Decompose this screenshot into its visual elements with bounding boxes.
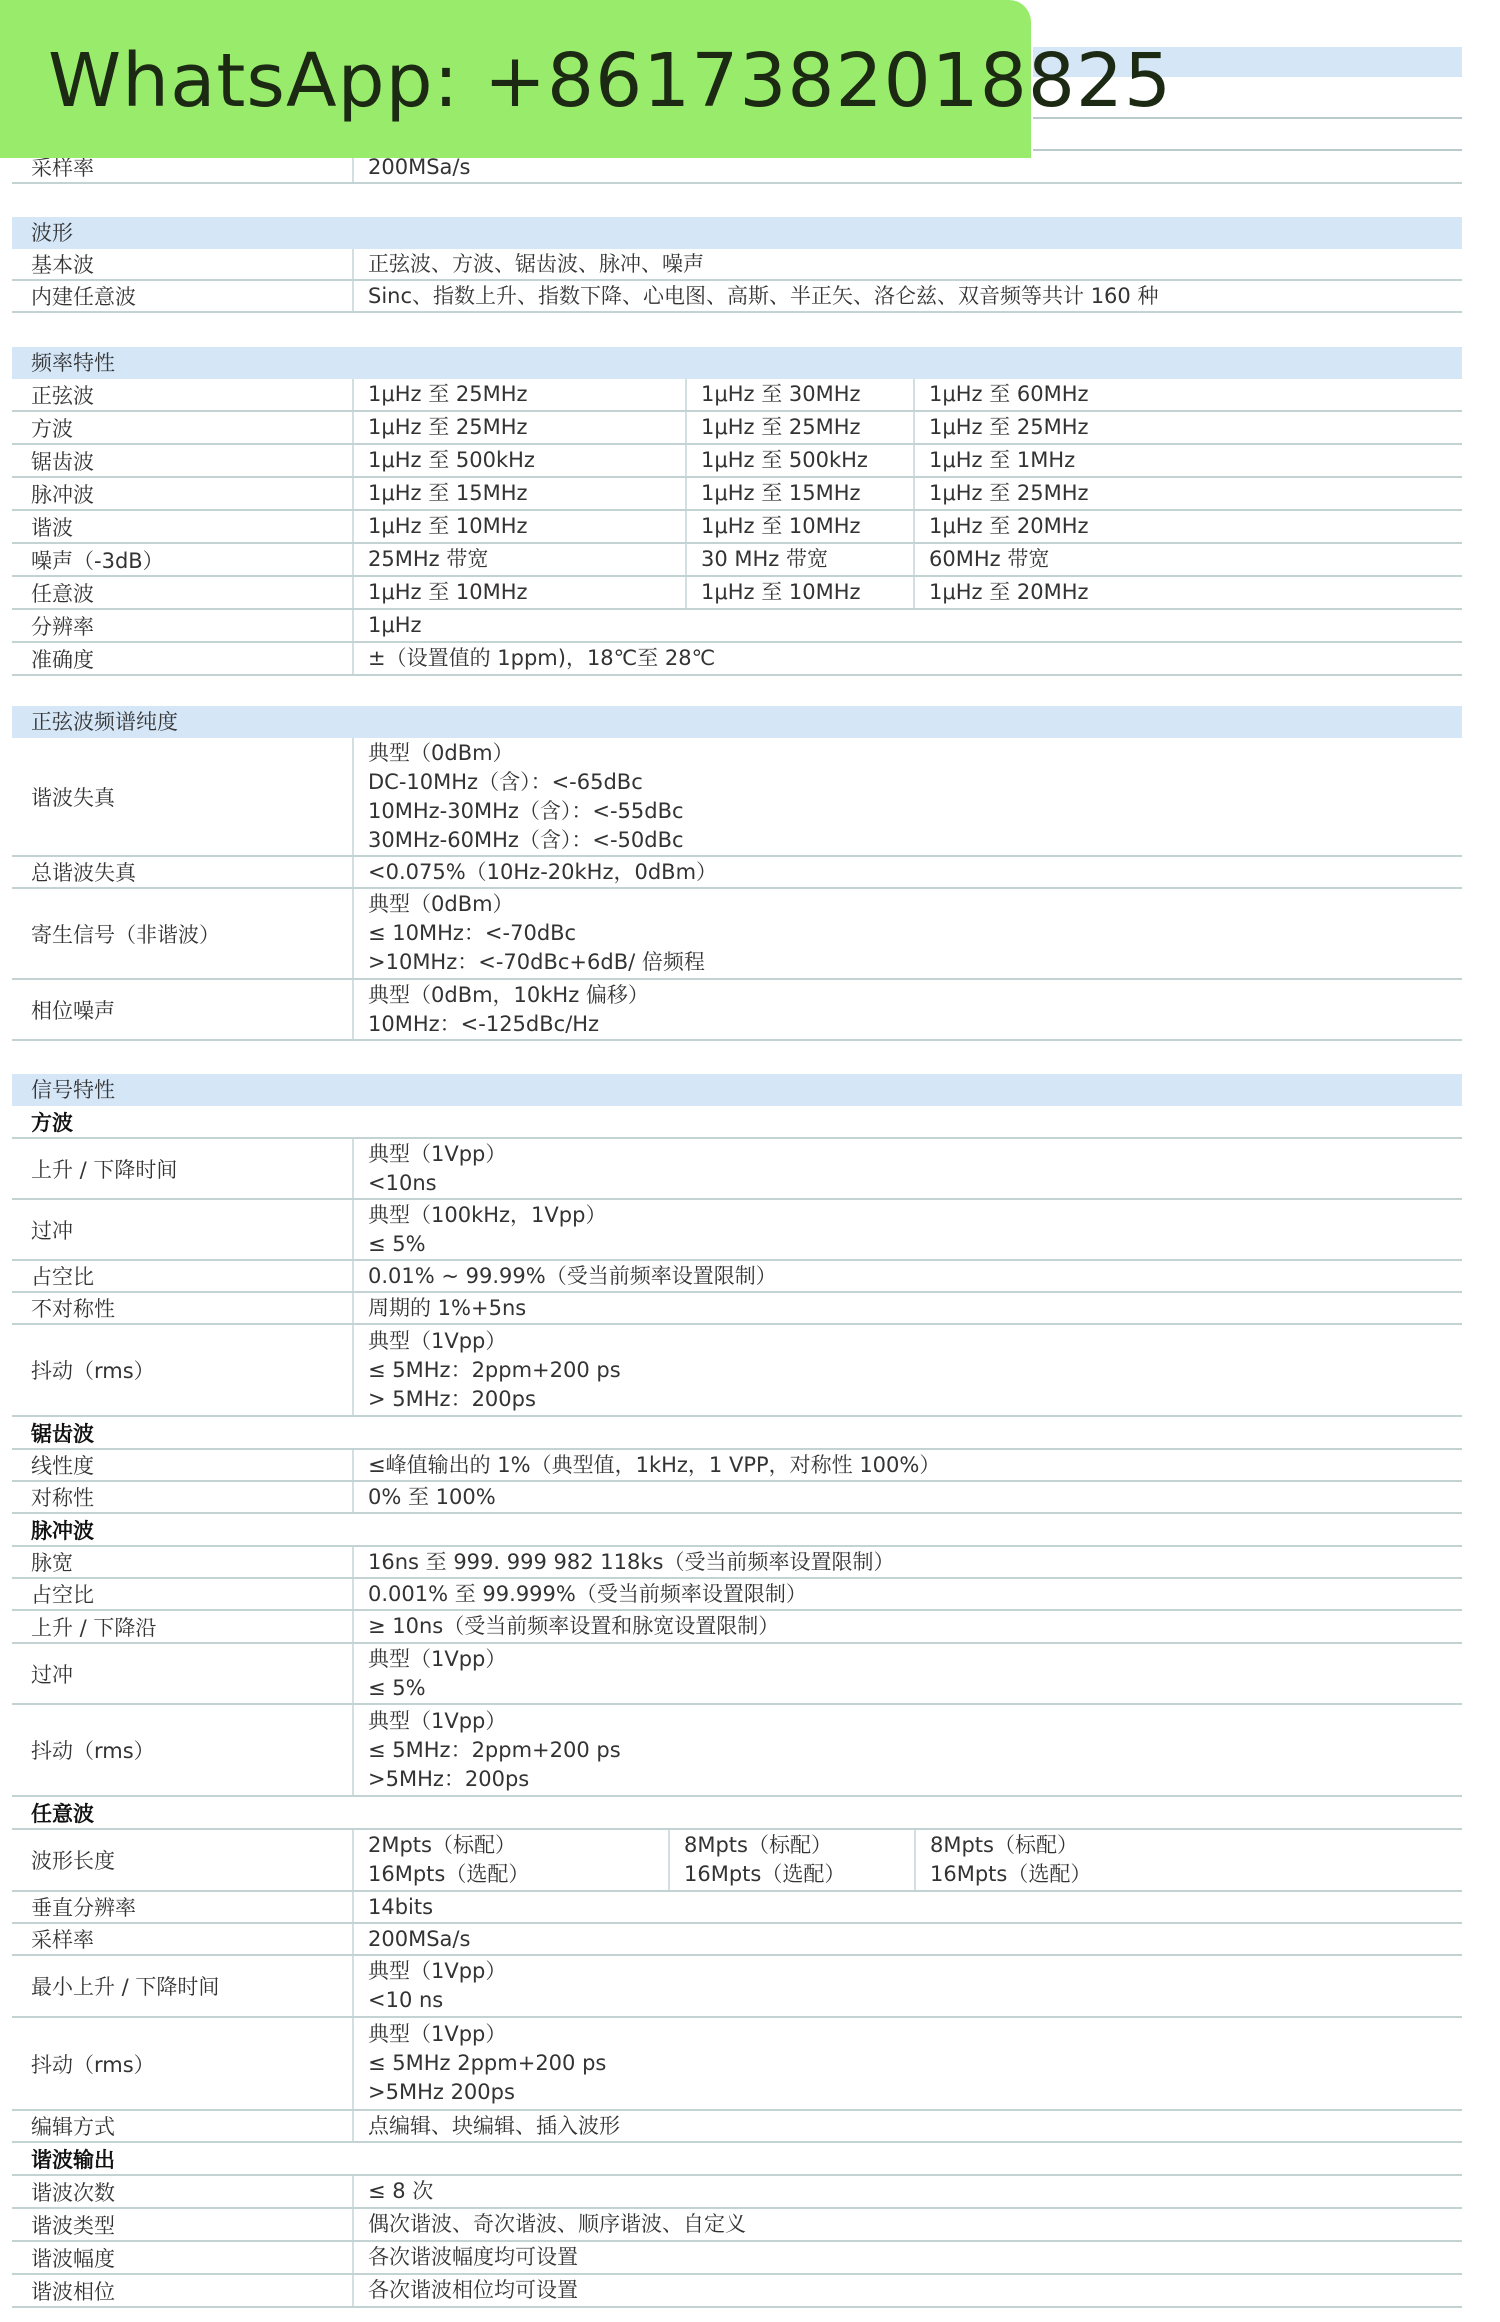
table-row: 寄生信号（非谐波） 典型（0dBm） ≤ 10MHz：<-70dBc >10MH…	[12, 889, 1462, 980]
value-line: 10MHz-30MHz（含）：<-55dBc	[368, 797, 1462, 826]
subsection-arbitrary: 任意波	[12, 1797, 1462, 1830]
value-line: <0.075%（10Hz-20kHz，0dBm）	[368, 858, 1462, 887]
table-row: 抖动（rms） 典型（1Vpp） ≤ 5MHz：2ppm+200 ps >5MH…	[12, 1705, 1462, 1797]
subsection-square: 方波	[12, 1106, 1462, 1139]
value-line: ≤ 10MHz：<-70dBc	[368, 919, 1462, 948]
value-line: <10ns	[368, 1169, 1462, 1198]
row-value: ±（设置值的 1ppm)，18℃至 28℃	[352, 643, 1462, 674]
value-line: 周期的 1%+5ns	[368, 1294, 1462, 1323]
table-row: 脉宽 16ns 至 999. 999 982 118ks（受当前频率设置限制）	[12, 1547, 1462, 1579]
value-line: 8Mpts（标配）	[930, 1831, 1462, 1860]
contact-overlay-banner: WhatsApp: +8617382018825	[0, 0, 1031, 158]
table-row: 垂直分辨率 14bits	[12, 1892, 1462, 1924]
table-row: 最小上升 / 下降时间 典型（1Vpp） <10 ns	[12, 1956, 1462, 2018]
section-signal: 信号特性 方波 上升 / 下降时间 典型（1Vpp） <10ns 过冲 典型（1…	[12, 1074, 1462, 2308]
model-2-value: 1μHz 至 30MHz	[685, 379, 913, 410]
row-label: 抖动（rms）	[12, 1705, 352, 1795]
value-line: 16Mpts（选配）	[930, 1860, 1462, 1889]
model-1-value: 25MHz 带宽	[354, 544, 685, 575]
value-line: 各次谐波幅度均可设置	[368, 2243, 1462, 2272]
table-row: 脉冲波 1μHz 至 15MHz 1μHz 至 15MHz 1μHz 至 25M…	[12, 478, 1462, 511]
row-label: 线性度	[12, 1450, 352, 1480]
value-line: 典型（0dBm，10kHz 偏移）	[368, 981, 1462, 1010]
value-line: 典型（1Vpp）	[368, 1957, 1462, 1986]
row-label: 对称性	[12, 1482, 352, 1512]
row-label: 任意波	[12, 577, 352, 608]
row-label: 谐波	[12, 511, 352, 542]
row-label: 谐波次数	[12, 2176, 352, 2207]
row-label: 准确度	[12, 643, 352, 674]
model-2-value: 1μHz 至 10MHz	[685, 511, 913, 542]
subsection-title: 谐波输出	[12, 2143, 115, 2174]
value-line: 典型（1Vpp）	[368, 1327, 1462, 1356]
table-row: 波形长度 2Mpts（标配） 16Mpts（选配） 8Mpts（标配） 16Mp…	[12, 1830, 1462, 1892]
row-label: 基本波	[12, 249, 352, 279]
value-line: 16ns 至 999. 999 982 118ks（受当前频率设置限制）	[368, 1548, 1462, 1577]
model-3-value: 1μHz 至 60MHz	[913, 379, 1462, 410]
model-1-value: 1μHz 至 25MHz	[354, 379, 685, 410]
table-row: 正弦波 1μHz 至 25MHz 1μHz 至 30MHz 1μHz 至 60M…	[12, 379, 1462, 412]
value-line: 0% 至 100%	[368, 1483, 1462, 1512]
contact-overlay-text: WhatsApp: +8617382018825	[48, 38, 1172, 124]
section-waveform: 波形 基本波 正弦波、方波、锯齿波、脉冲、噪声 内建任意波 Sinc、指数上升、…	[12, 217, 1462, 313]
value-line: ≤ 5%	[368, 1674, 1462, 1703]
value-line: >10MHz：<-70dBc+6dB/ 倍频程	[368, 948, 1462, 977]
row-label: 过冲	[12, 1200, 352, 1259]
value-line: 0.01% ~ 99.99%（受当前频率设置限制）	[368, 1262, 1462, 1291]
value-line: 典型（1Vpp）	[368, 1645, 1462, 1674]
section-title: 正弦波频谱纯度	[12, 706, 1462, 738]
subsection-ramp: 锯齿波	[12, 1417, 1462, 1450]
value-line: > 5MHz：200ps	[368, 1385, 1462, 1414]
table-row: 锯齿波 1μHz 至 500kHz 1μHz 至 500kHz 1μHz 至 1…	[12, 445, 1462, 478]
value-line: ≤ 5MHz 2ppm+200 ps	[368, 2049, 1462, 2078]
table-row: 谐波失真 典型（0dBm） DC-10MHz（含）：<-65dBc 10MHz-…	[12, 738, 1462, 857]
section-title: 信号特性	[12, 1074, 1462, 1106]
row-label: 上升 / 下降时间	[12, 1139, 352, 1198]
row-value: 正弦波、方波、锯齿波、脉冲、噪声	[352, 249, 1462, 279]
model-2-value: 8Mpts（标配） 16Mpts（选配）	[668, 1830, 914, 1890]
table-row: 相位噪声 典型（0dBm，10kHz 偏移） 10MHz：<-125dBc/Hz	[12, 980, 1462, 1041]
row-label: 抖动（rms）	[12, 2018, 352, 2109]
value-line: ≤ 5MHz：2ppm+200 ps	[368, 1356, 1462, 1385]
row-label: 方波	[12, 412, 352, 443]
subsection-title: 方波	[12, 1106, 73, 1137]
table-row: 过冲 典型（100kHz，1Vpp） ≤ 5%	[12, 1200, 1462, 1261]
row-label: 采样率	[12, 1924, 352, 1954]
value-line: 典型（1Vpp）	[368, 2020, 1462, 2049]
row-label: 最小上升 / 下降时间	[12, 1956, 352, 2016]
subsection-title: 锯齿波	[12, 1417, 94, 1448]
subsection-title: 任意波	[12, 1797, 94, 1828]
row-label: 编辑方式	[12, 2111, 352, 2141]
section-spectral-purity: 正弦波频谱纯度 谐波失真 典型（0dBm） DC-10MHz（含）：<-65dB…	[12, 706, 1462, 1041]
model-3-value: 8Mpts（标配） 16Mpts（选配）	[914, 1830, 1462, 1890]
value-line: ≤ 8 次	[368, 2177, 1462, 2206]
value-line: DC-10MHz（含）：<-65dBc	[368, 768, 1462, 797]
table-row: 基本波 正弦波、方波、锯齿波、脉冲、噪声	[12, 249, 1462, 281]
model-3-value: 1μHz 至 25MHz	[913, 412, 1462, 443]
row-label: 过冲	[12, 1644, 352, 1703]
model-1-value: 1μHz 至 25MHz	[354, 412, 685, 443]
value-line: 典型（0dBm）	[368, 739, 1462, 768]
row-label: 波形长度	[12, 1830, 352, 1890]
model-1-value: 2Mpts（标配） 16Mpts（选配）	[354, 1830, 668, 1890]
model-3-value: 1μHz 至 20MHz	[913, 577, 1462, 608]
value-line: 200MSa/s	[368, 1925, 1462, 1954]
value-line: 点编辑、块编辑、插入波形	[368, 2112, 1462, 2141]
row-label: 内建任意波	[12, 281, 352, 311]
value-line: 10MHz：<-125dBc/Hz	[368, 1010, 1462, 1039]
model-3-value: 1μHz 至 1MHz	[913, 445, 1462, 476]
value-line: >5MHz：200ps	[368, 1765, 1462, 1794]
value-line: <10 ns	[368, 1986, 1462, 2015]
value-line: 典型（0dBm）	[368, 890, 1462, 919]
table-row: 谐波幅度 各次谐波幅度均可设置	[12, 2242, 1462, 2275]
model-1-value: 1μHz 至 500kHz	[354, 445, 685, 476]
row-label: 噪声（-3dB）	[12, 544, 352, 575]
subsection-pulse: 脉冲波	[12, 1514, 1462, 1547]
model-1-value: 1μHz 至 10MHz	[354, 577, 685, 608]
row-label: 占空比	[12, 1261, 352, 1291]
table-row: 上升 / 下降时间 典型（1Vpp） <10ns	[12, 1139, 1462, 1200]
value-line: 各次谐波相位均可设置	[368, 2276, 1462, 2305]
model-2-value: 1μHz 至 15MHz	[685, 478, 913, 509]
row-label: 脉冲波	[12, 478, 352, 509]
value-line: 典型（1Vpp）	[368, 1707, 1462, 1736]
value-line: 典型（100kHz，1Vpp）	[368, 1201, 1462, 1230]
row-value: Sinc、指数上升、指数下降、心电图、高斯、半正矢、洛仑兹、双音频等共计 160…	[352, 281, 1462, 311]
value-line: 偶次谐波、奇次谐波、顺序谐波、自定义	[368, 2210, 1462, 2239]
table-row: 准确度 ±（设置值的 1ppm)，18℃至 28℃	[12, 643, 1462, 676]
row-label: 上升 / 下降沿	[12, 1611, 352, 1642]
row-label: 谐波相位	[12, 2275, 352, 2306]
table-row: 抖动（rms） 典型（1Vpp） ≤ 5MHz：2ppm+200 ps > 5M…	[12, 1325, 1462, 1417]
row-divider	[1033, 149, 1462, 151]
table-row: 上升 / 下降沿 ≥ 10ns（受当前频率设置和脉宽设置限制）	[12, 1611, 1462, 1644]
table-row: 占空比 0.001% 至 99.999%（受当前频率设置限制）	[12, 1579, 1462, 1611]
value-line: ≤ 5%	[368, 1230, 1462, 1259]
section-frequency: 频率特性 正弦波 1μHz 至 25MHz 1μHz 至 30MHz 1μHz …	[12, 347, 1462, 676]
row-label: 正弦波	[12, 379, 352, 410]
table-row: 谐波 1μHz 至 10MHz 1μHz 至 10MHz 1μHz 至 20MH…	[12, 511, 1462, 544]
table-row: 内建任意波 Sinc、指数上升、指数下降、心电图、高斯、半正矢、洛仑兹、双音频等…	[12, 281, 1462, 313]
row-label: 不对称性	[12, 1293, 352, 1323]
model-2-value: 1μHz 至 500kHz	[685, 445, 913, 476]
row-label: 总谐波失真	[12, 857, 352, 887]
table-row: 噪声（-3dB） 25MHz 带宽 30 MHz 带宽 60MHz 带宽	[12, 544, 1462, 577]
value-line: 30MHz-60MHz（含）：<-50dBc	[368, 826, 1462, 855]
row-label: 抖动（rms）	[12, 1325, 352, 1415]
table-row: 任意波 1μHz 至 10MHz 1μHz 至 10MHz 1μHz 至 20M…	[12, 577, 1462, 610]
table-row: 抖动（rms） 典型（1Vpp） ≤ 5MHz 2ppm+200 ps >5MH…	[12, 2018, 1462, 2111]
row-label: 锯齿波	[12, 445, 352, 476]
model-3-value: 1μHz 至 25MHz	[913, 478, 1462, 509]
row-value: 1μHz	[352, 610, 1462, 641]
model-2-value: 1μHz 至 25MHz	[685, 412, 913, 443]
spec-sheet-page: 采样率 200MSa/s 波形 基本波 正弦波、方波、锯齿波、脉冲、噪声 内建任…	[0, 0, 1500, 2322]
model-3-value: 1μHz 至 20MHz	[913, 511, 1462, 542]
table-row: 占空比 0.01% ~ 99.99%（受当前频率设置限制）	[12, 1261, 1462, 1293]
table-row: 对称性 0% 至 100%	[12, 1482, 1462, 1514]
value-line: >5MHz 200ps	[368, 2078, 1462, 2107]
row-label: 相位噪声	[12, 980, 352, 1039]
table-row: 谐波次数 ≤ 8 次	[12, 2176, 1462, 2209]
section-title: 频率特性	[12, 347, 1462, 379]
model-1-value: 1μHz 至 10MHz	[354, 511, 685, 542]
table-row: 分辨率 1μHz	[12, 610, 1462, 643]
subsection-title: 脉冲波	[12, 1514, 94, 1545]
row-label: 谐波类型	[12, 2209, 352, 2240]
model-2-value: 30 MHz 带宽	[685, 544, 913, 575]
value-line: 典型（1Vpp）	[368, 1140, 1462, 1169]
row-label: 寄生信号（非谐波）	[12, 889, 352, 978]
model-3-value: 60MHz 带宽	[913, 544, 1462, 575]
model-2-value: 1μHz 至 10MHz	[685, 577, 913, 608]
value-line: 0.001% 至 99.999%（受当前频率设置限制）	[368, 1580, 1462, 1609]
row-label: 谐波失真	[12, 738, 352, 855]
table-row: 谐波类型 偶次谐波、奇次谐波、顺序谐波、自定义	[12, 2209, 1462, 2242]
table-row: 过冲 典型（1Vpp） ≤ 5%	[12, 1644, 1462, 1705]
row-label: 脉宽	[12, 1547, 352, 1577]
value-line: ≥ 10ns（受当前频率设置和脉宽设置限制）	[368, 1612, 1462, 1641]
row-label: 占空比	[12, 1579, 352, 1609]
value-line: 14bits	[368, 1893, 1462, 1922]
value-line: 16Mpts（选配）	[368, 1860, 668, 1889]
value-line: 2Mpts（标配）	[368, 1831, 668, 1860]
subsection-harmonic: 谐波输出	[12, 2143, 1462, 2176]
model-1-value: 1μHz 至 15MHz	[354, 478, 685, 509]
table-row: 方波 1μHz 至 25MHz 1μHz 至 25MHz 1μHz 至 25MH…	[12, 412, 1462, 445]
row-label: 垂直分辨率	[12, 1892, 352, 1922]
value-line: ≤ 5MHz：2ppm+200 ps	[368, 1736, 1462, 1765]
table-row: 谐波相位 各次谐波相位均可设置	[12, 2275, 1462, 2308]
value-line: ≤峰值输出的 1%（典型值，1kHz，1 VPP，对称性 100%）	[368, 1451, 1462, 1480]
table-row: 编辑方式 点编辑、块编辑、插入波形	[12, 2111, 1462, 2143]
value-line: 8Mpts（标配）	[684, 1831, 914, 1860]
table-row: 线性度 ≤峰值输出的 1%（典型值，1kHz，1 VPP，对称性 100%）	[12, 1450, 1462, 1482]
row-label: 分辨率	[12, 610, 352, 641]
section-title: 波形	[12, 217, 1462, 249]
table-row: 不对称性 周期的 1%+5ns	[12, 1293, 1462, 1325]
row-label: 谐波幅度	[12, 2242, 352, 2273]
table-row: 采样率 200MSa/s	[12, 1924, 1462, 1956]
table-row: 总谐波失真 <0.075%（10Hz-20kHz，0dBm）	[12, 857, 1462, 889]
value-line: 16Mpts（选配）	[684, 1860, 914, 1889]
